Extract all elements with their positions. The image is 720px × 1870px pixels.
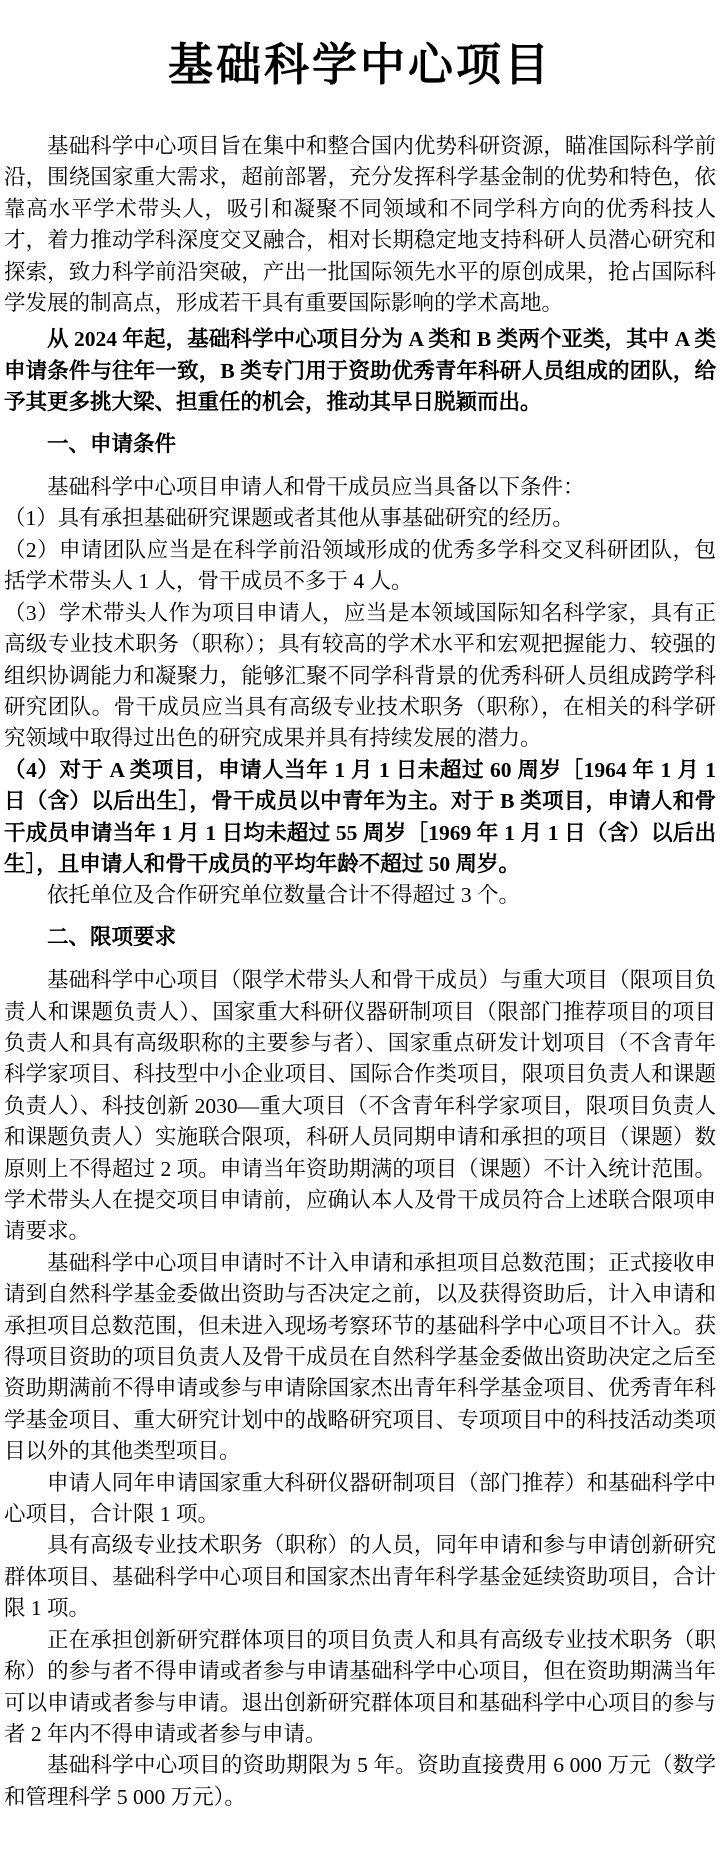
numbered-item: （1）具有承担基础研究课题或者其他从事基础研究的经历。 — [4, 503, 716, 534]
paragraph: 申请人同年申请国家重大科研仪器研制项目（部门推荐）和基础科学中心项目，合计限 1… — [4, 1468, 716, 1531]
numbered-item: （2）申请团队应当是在科学前沿领域形成的优秀多学科交叉科研团队，包括学术带头人 … — [4, 535, 716, 598]
paragraph: 正在承担创新研究群体项目的项目负责人和具有高级专业技术职务（职称）的参与者不得申… — [4, 1625, 716, 1751]
paragraph: 具有高级专业技术职务（职称）的人员，同年申请和参与申请创新研究群体项目、基础科学… — [4, 1530, 716, 1624]
document-body: 基础科学中心项目基础科学中心项目旨在集中和整合国内优势科研资源，瞄准国际科学前沿… — [4, 36, 716, 1813]
paragraph: 基础科学中心项目申请时不计入申请和承担项目总数范围；正式接收申请到自然科学基金委… — [4, 1248, 716, 1468]
paragraph: 基础科学中心项目旨在集中和整合国内优势科研资源，瞄准国际科学前沿，围绕国家重大需… — [4, 131, 716, 319]
numbered-item-bold: （4）对于 A 类项目，申请人当年 1 月 1 日未超过 60 周岁［1964 … — [4, 755, 716, 881]
numbered-item: （3）学术带头人作为项目申请人，应当是本领域国际知名科学家，具有正高级专业技术职… — [4, 598, 716, 755]
paragraph: 基础科学中心项目申请人和骨干成员应当具备以下条件： — [4, 472, 716, 503]
paragraph-bold: 从 2024 年起，基础科学中心项目分为 A 类和 B 类两个亚类，其中 A 类… — [4, 324, 716, 418]
paragraph: 依托单位及合作研究单位数量合计不得超过 3 个。 — [4, 880, 716, 911]
paragraph: 基础科学中心项目的资助期限为 5 年。资助直接费用 6 000 万元（数学和管理… — [4, 1750, 716, 1813]
paragraph: 基础科学中心项目（限学术带头人和骨干成员）与重大项目（限项目负责人和课题负责人）… — [4, 965, 716, 1248]
section-heading: 一、申请条件 — [4, 429, 716, 460]
doc-title: 基础科学中心项目 — [4, 36, 716, 94]
section-heading: 二、限项要求 — [4, 922, 716, 953]
document-page: 基础科学中心项目基础科学中心项目旨在集中和整合国内优势科研资源，瞄准国际科学前沿… — [0, 0, 720, 1870]
